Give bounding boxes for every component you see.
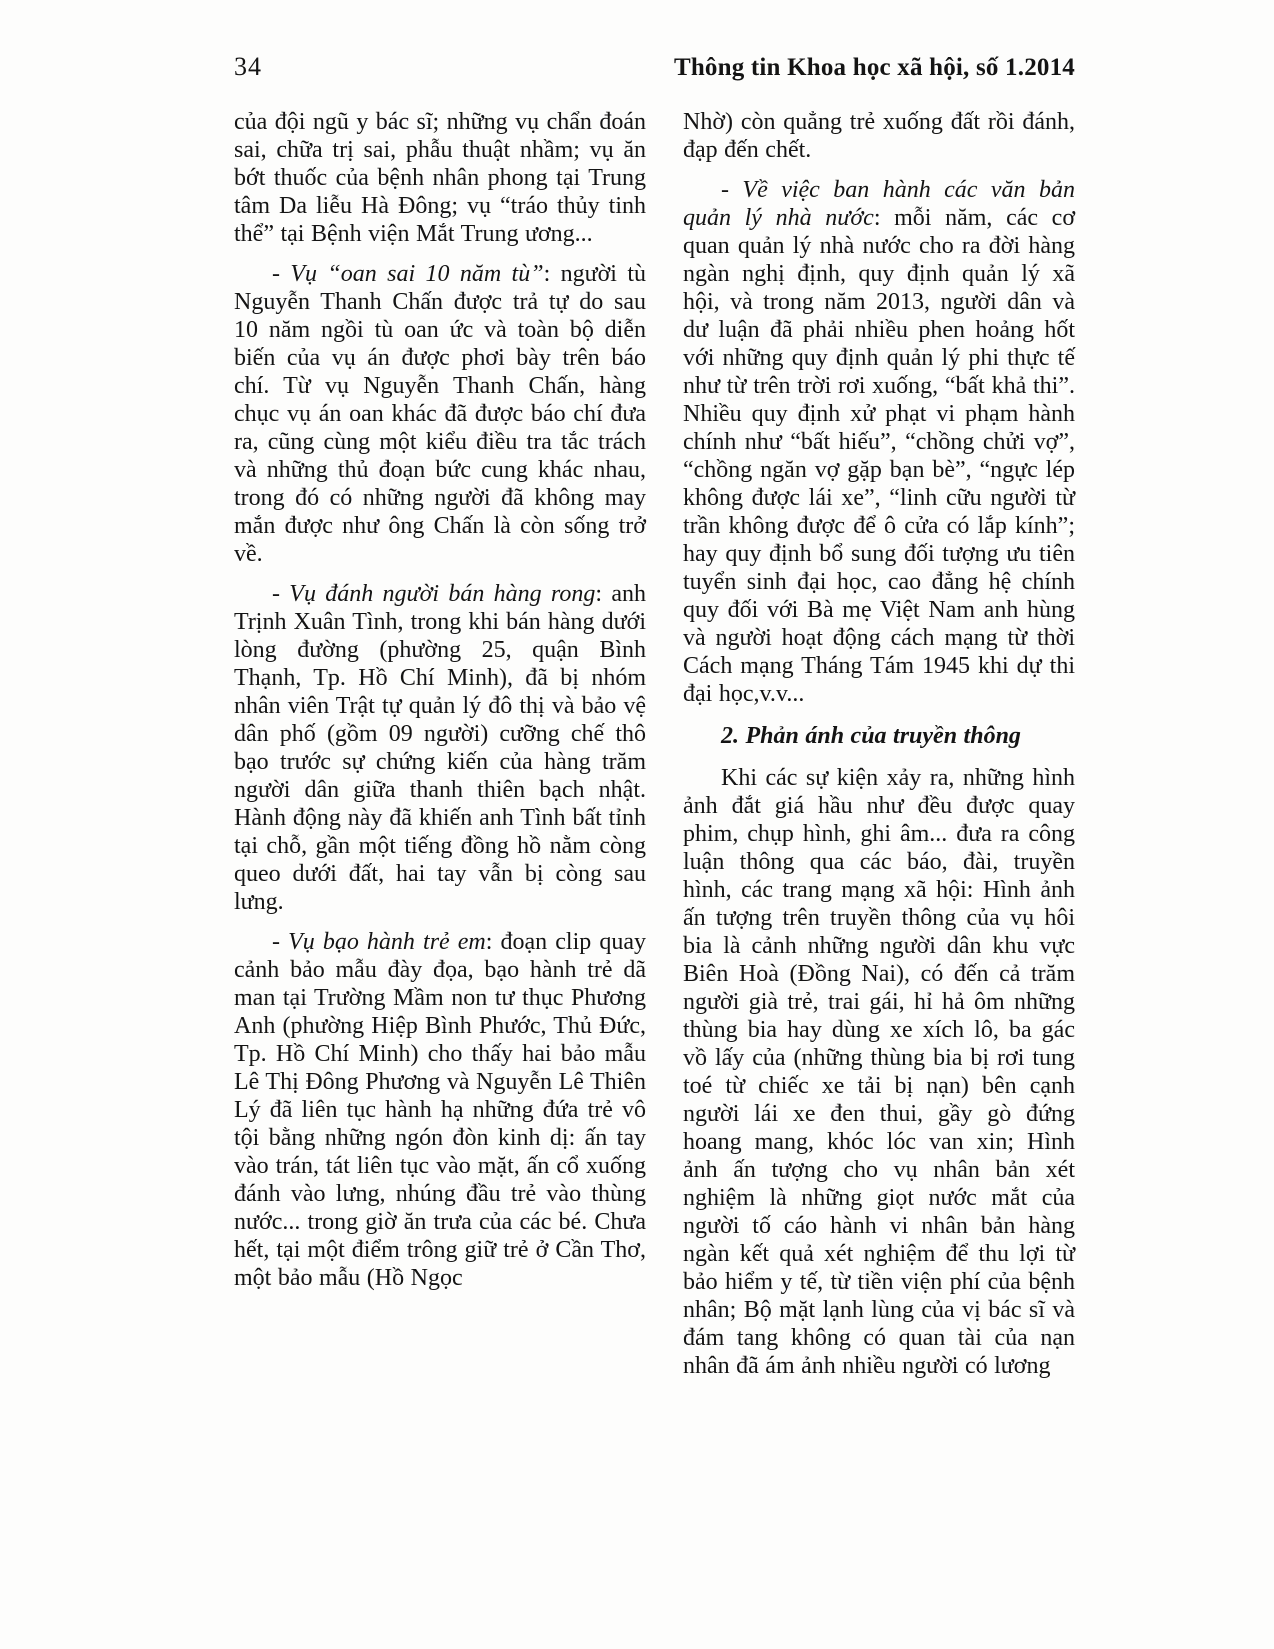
italic-lead-in: - Vụ bạo hành trẻ em	[272, 929, 486, 955]
text-run: Khi các sự kiện xảy ra, những hình ảnh đ…	[683, 765, 1075, 1379]
paragraph-truyen-thong-hinh-anh: Khi các sự kiện xảy ra, những hình ảnh đ…	[683, 752, 1075, 1380]
text-run: : người tù Nguyễn Thanh Chấn được trả tự…	[234, 261, 646, 567]
paragraph-van-ban-quan-ly-nha-nuoc: - Về việc ban hành các văn bản quản lý n…	[683, 164, 1075, 708]
journal-title: Thông tin Khoa học xã hội, số 1.2014	[674, 54, 1075, 82]
text-run: : mỗi năm, các cơ quan quản lý nhà nước …	[683, 205, 1075, 707]
page-number: 34	[234, 52, 262, 82]
text-columns: của đội ngũ y bác sĩ; những vụ chẩn đoán…	[234, 108, 1075, 1380]
italic-lead-in: - Vụ “oan sai 10 năm tù”	[272, 261, 544, 287]
paragraph-danh-nguoi-ban-hang-rong: - Vụ đánh người bán hàng rong: anh Trịnh…	[234, 568, 646, 916]
paragraph-doctors-cases: của đội ngũ y bác sĩ; những vụ chẩn đoán…	[234, 108, 646, 248]
journal-page: 34 Thông tin Khoa học xã hội, số 1.2014 …	[0, 0, 1274, 1649]
paragraph-bao-hanh-tre-em-continued: Nhờ) còn quẳng trẻ xuống đất rồi đánh, đ…	[683, 108, 1075, 164]
text-run: 2. Phản ánh của truyền thông	[721, 723, 1021, 749]
text-run: Nhờ) còn quẳng trẻ xuống đất rồi đánh, đ…	[683, 109, 1075, 163]
text-run: : anh Trịnh Xuân Tình, trong khi bán hàn…	[234, 581, 646, 915]
text-run: của đội ngũ y bác sĩ; những vụ chẩn đoán…	[234, 109, 646, 247]
column-right: Nhờ) còn quẳng trẻ xuống đất rồi đánh, đ…	[683, 108, 1075, 1380]
section-heading-phan-anh-cua-truyen-thong: 2. Phản ánh của truyền thông	[683, 708, 1075, 752]
text-run: : đoạn clip quay cảnh bảo mẫu đày đọa, b…	[234, 929, 646, 1291]
column-left: của đội ngũ y bác sĩ; những vụ chẩn đoán…	[234, 108, 646, 1380]
paragraph-oan-sai-10-nam-tu: - Vụ “oan sai 10 năm tù”: người tù Nguyễ…	[234, 248, 646, 568]
page-header: 34 Thông tin Khoa học xã hội, số 1.2014	[234, 52, 1075, 82]
italic-lead-in: - Vụ đánh người bán hàng rong	[272, 581, 595, 607]
paragraph-bao-hanh-tre-em: - Vụ bạo hành trẻ em: đoạn clip quay cản…	[234, 916, 646, 1292]
